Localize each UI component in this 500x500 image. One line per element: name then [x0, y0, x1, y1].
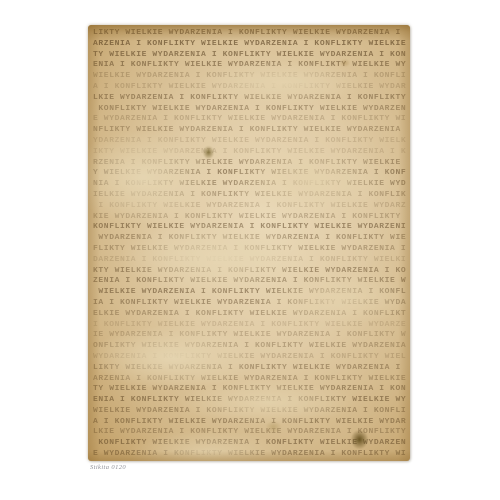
typewriter-line: ZENIA I KONFLIKTY WIELKIE WYDARZENIA I K…: [93, 277, 406, 287]
typewriter-line: WYDARZENIA I KONFLIKTY WIELKIE WYDARZENI…: [93, 233, 406, 243]
typewriter-line: TY WIELKIE WYDARZENIA I KONFLIKTY WIELKI…: [93, 50, 406, 60]
typewriter-line: ONFLIKTY WIELKIE WYDARZENIA I KONFLIKTY …: [93, 341, 406, 351]
typewriter-line: IA I KONFLIKTY WIELKIE WYDARZENIA I KONF…: [93, 298, 406, 308]
typewriter-line: KONFLIKTY WIELKIE WYDARZENIA I KONFLIKTY…: [93, 438, 406, 448]
typewriter-line: IKTY WIELKIE WYDARZENIA I KONFLIKTY WIEL…: [93, 147, 406, 157]
typewriter-line: KIE WYDARZENIA I KONFLIKTY WIELKIE WYDAR…: [93, 212, 406, 222]
typewriter-line: WYDARZENIA I KONFLIKTY WIELKIE WYDARZENI…: [93, 352, 406, 362]
typewriter-line: LIKTY WIELKIE WYDARZENIA I KONFLIKTY WIE…: [93, 28, 406, 38]
typewriter-line: ELKIE WYDARZENIA I KONFLIKTY WIELKIE WYD…: [93, 309, 406, 319]
typewriter-line: WIELKIE WYDARZENIA I KONFLIKTY WIELKIE W…: [93, 287, 406, 297]
typewriter-line: E WYDARZENIA I KONFLIKTY WIELKIE WYDARZE…: [93, 449, 406, 459]
typewriter-line: LKIE WYDARZENIA I KONFLIKTY WIELKIE WYDA…: [93, 428, 406, 438]
typewriter-line: NIA I KONFLIKTY WIELKIE WYDARZENIA I KON…: [93, 179, 406, 189]
typewriter-line: NFLIKTY WIELKIE WYDARZENIA I KONFLIKTY W…: [93, 125, 406, 135]
photo-caption: Stikita 0120: [90, 464, 126, 471]
typewriter-line: RZENIA I KONFLIKTY WIELKIE WYDARZENIA I …: [93, 158, 406, 168]
aged-paper-sheet: LIKTY WIELKIE WYDARZENIA I KONFLIKTY WIE…: [88, 25, 410, 461]
typewriter-line: FLIKTY WIELKIE WYDARZENIA I KONFLIKTY WI…: [93, 244, 406, 254]
typewriter-line: I KONFLIKTY WIELKIE WYDARZENIA I KONFLIK…: [93, 320, 406, 330]
typewriter-line: DARZENIA I KONFLIKTY WIELKIE WYDARZENIA …: [93, 255, 406, 265]
typewriter-line: LKIE WYDARZENIA I KONFLIKTY WIELKIE WYDA…: [93, 93, 406, 103]
typewriter-line: ARZENIA I KONFLIKTY WIELKIE WYDARZENIA I…: [93, 374, 406, 384]
typewriter-line: E WYDARZENIA I KONFLIKTY WIELKIE WYDARZE…: [93, 115, 406, 125]
typewriter-line: KONFLIKTY WIELKIE WYDARZENIA I KONFLIKTY…: [93, 104, 406, 114]
typewriter-line: ARZENIA I KONFLIKTY WIELKIE WYDARZENIA I…: [93, 39, 406, 49]
typewriter-line: A I KONFLIKTY WIELKIE WYDARZENIA I KONFL…: [93, 417, 406, 427]
typewriter-line: IE WYDARZENIA I KONFLIKTY WIELKIE WYDARZ…: [93, 331, 406, 341]
typewriter-line: KTY WIELKIE WYDARZENIA I KONFLIKTY WIELK…: [93, 266, 406, 276]
typewriter-line: LIKTY WIELKIE WYDARZENIA I KONFLIKTY WIE…: [93, 363, 406, 373]
typewriter-line: I KONFLIKTY WIELKIE WYDARZENIA I KONFLIK…: [93, 201, 406, 211]
typewriter-line: KONFLIKTY WIELKIE WYDARZENIA I KONFLIKTY…: [93, 223, 406, 233]
typewriter-line: ENIA I KONFLIKTY WIELKIE WYDARZENIA I KO…: [93, 61, 406, 71]
typewriter-line: Y WIELKIE WYDARZENIA I KONFLIKTY WIELKIE…: [93, 169, 406, 179]
typewriter-text-layer: LIKTY WIELKIE WYDARZENIA I KONFLIKTY WIE…: [88, 25, 410, 461]
typewriter-line: A I KONFLIKTY WIELKIE WYDARZENIA I KONFL…: [93, 82, 406, 92]
typewriter-line: ENIA I KONFLIKTY WIELKIE WYDARZENIA I KO…: [93, 395, 406, 405]
typewriter-line: WIELKIE WYDARZENIA I KONFLIKTY WIELKIE W…: [93, 71, 406, 81]
typewriter-line: WIELKIE WYDARZENIA I KONFLIKTY WIELKIE W…: [93, 406, 406, 416]
typewriter-line: IELKIE WYDARZENIA I KONFLIKTY WIELKIE WY…: [93, 190, 406, 200]
typewriter-line: TY WIELKIE WYDARZENIA I KONFLIKTY WIELKI…: [93, 385, 406, 395]
typewriter-line: YDARZENIA I KONFLIKTY WIELKIE WYDARZENIA…: [93, 136, 406, 146]
photo-canvas: LIKTY WIELKIE WYDARZENIA I KONFLIKTY WIE…: [0, 0, 500, 500]
